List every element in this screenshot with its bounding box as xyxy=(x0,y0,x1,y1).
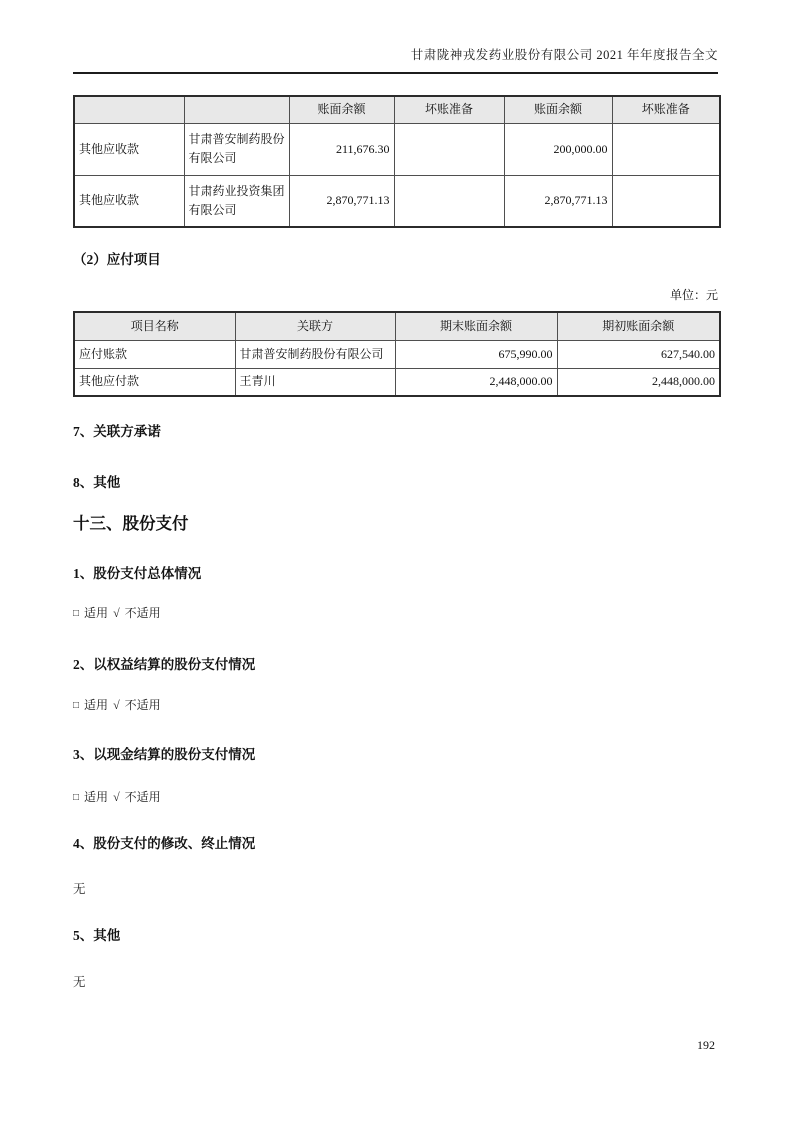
header-cell: 账面余额 xyxy=(504,96,612,123)
header-cell: 关联方 xyxy=(235,312,395,340)
amount-cell: 2,870,771.13 xyxy=(504,175,612,227)
none-text: 无 xyxy=(73,879,718,897)
table-row: 其他应收款 甘肃普安制药股份有限公司 211,676.30 200,000.00 xyxy=(74,123,720,175)
unit-label: 单位：元 xyxy=(73,286,718,303)
party-cell: 甘肃普安制药股份有限公司 xyxy=(235,340,395,368)
applicability-line: □适用√不适用 xyxy=(73,788,718,805)
header-cell: 账面余额 xyxy=(289,96,394,123)
amount-cell xyxy=(394,175,504,227)
table-header-row: 账面余额 坏账准备 账面余额 坏账准备 xyxy=(74,96,720,123)
table-row: 其他应付款 王青川 2,448,000.00 2,448,000.00 xyxy=(74,368,720,396)
payables-section-heading: （2）应付项目 xyxy=(73,248,718,268)
party-cell: 甘肃药业投资集团有限公司 xyxy=(184,175,289,227)
payables-table: 项目名称 关联方 期末账面余额 期初账面余额 应付账款 甘肃普安制药股份有限公司… xyxy=(73,311,721,397)
item-cell: 应付账款 xyxy=(74,340,235,368)
not-applicable-label: 不适用 xyxy=(125,698,161,712)
amount-cell xyxy=(612,175,720,227)
header-cell xyxy=(74,96,184,123)
header-cell: 项目名称 xyxy=(74,312,235,340)
table-row: 其他应收款 甘肃药业投资集团有限公司 2,870,771.13 2,870,77… xyxy=(74,175,720,227)
amount-cell xyxy=(394,123,504,175)
table-header-row: 项目名称 关联方 期末账面余额 期初账面余额 xyxy=(74,312,720,340)
header-cell: 坏账准备 xyxy=(394,96,504,123)
document-page: 甘肃陇神戎发药业股份有限公司 2021 年年度报告全文 账面余额 坏账准备 账面… xyxy=(0,0,793,1122)
applicability-line: □适用√不适用 xyxy=(73,696,718,713)
not-applicable-label: 不适用 xyxy=(125,606,161,620)
amount-cell: 2,448,000.00 xyxy=(395,368,557,396)
page-number: 192 xyxy=(697,1038,715,1053)
item-cell: 其他应收款 xyxy=(74,123,184,175)
page-content: 甘肃陇神戎发药业股份有限公司 2021 年年度报告全文 账面余额 坏账准备 账面… xyxy=(0,45,793,990)
header-cell xyxy=(184,96,289,123)
party-cell: 王青川 xyxy=(235,368,395,396)
heading-other-8: 8、其他 xyxy=(73,471,718,491)
amount-cell: 675,990.00 xyxy=(395,340,557,368)
check-icon: √ xyxy=(113,606,120,620)
amount-cell: 627,540.00 xyxy=(557,340,720,368)
checkbox-unchecked-icon: □ xyxy=(73,792,79,803)
amount-cell: 2,870,771.13 xyxy=(289,175,394,227)
amount-cell: 211,676.30 xyxy=(289,123,394,175)
none-text: 无 xyxy=(73,972,718,990)
subsection-title-5: 5、其他 xyxy=(73,924,718,944)
check-icon: √ xyxy=(113,698,120,712)
amount-cell: 2,448,000.00 xyxy=(557,368,720,396)
subsection-title-3: 3、以现金结算的股份支付情况 xyxy=(73,743,718,763)
applicable-label: 适用 xyxy=(84,606,108,620)
subsection-title-4: 4、股份支付的修改、终止情况 xyxy=(73,832,718,852)
item-cell: 其他应收款 xyxy=(74,175,184,227)
heading-related-party-commitments: 7、关联方承诺 xyxy=(73,420,718,440)
header-cell: 期初账面余额 xyxy=(557,312,720,340)
item-cell: 其他应付款 xyxy=(74,368,235,396)
amount-cell: 200,000.00 xyxy=(504,123,612,175)
subsection-title-2: 2、以权益结算的股份支付情况 xyxy=(73,653,718,673)
checkbox-unchecked-icon: □ xyxy=(73,700,79,711)
heading-share-payment: 十三、股份支付 xyxy=(73,510,718,534)
header-cell: 期末账面余额 xyxy=(395,312,557,340)
report-header-title: 甘肃陇神戎发药业股份有限公司 2021 年年度报告全文 xyxy=(73,45,718,74)
party-cell: 甘肃普安制药股份有限公司 xyxy=(184,123,289,175)
header-cell: 坏账准备 xyxy=(612,96,720,123)
not-applicable-label: 不适用 xyxy=(125,790,161,804)
receivables-table: 账面余额 坏账准备 账面余额 坏账准备 其他应收款 甘肃普安制药股份有限公司 2… xyxy=(73,95,721,228)
applicable-label: 适用 xyxy=(84,790,108,804)
amount-cell xyxy=(612,123,720,175)
check-icon: √ xyxy=(113,790,120,804)
applicability-line: □适用√不适用 xyxy=(73,604,718,621)
subsection-title-1: 1、股份支付总体情况 xyxy=(73,562,718,582)
applicable-label: 适用 xyxy=(84,698,108,712)
table-row: 应付账款 甘肃普安制药股份有限公司 675,990.00 627,540.00 xyxy=(74,340,720,368)
checkbox-unchecked-icon: □ xyxy=(73,608,79,619)
